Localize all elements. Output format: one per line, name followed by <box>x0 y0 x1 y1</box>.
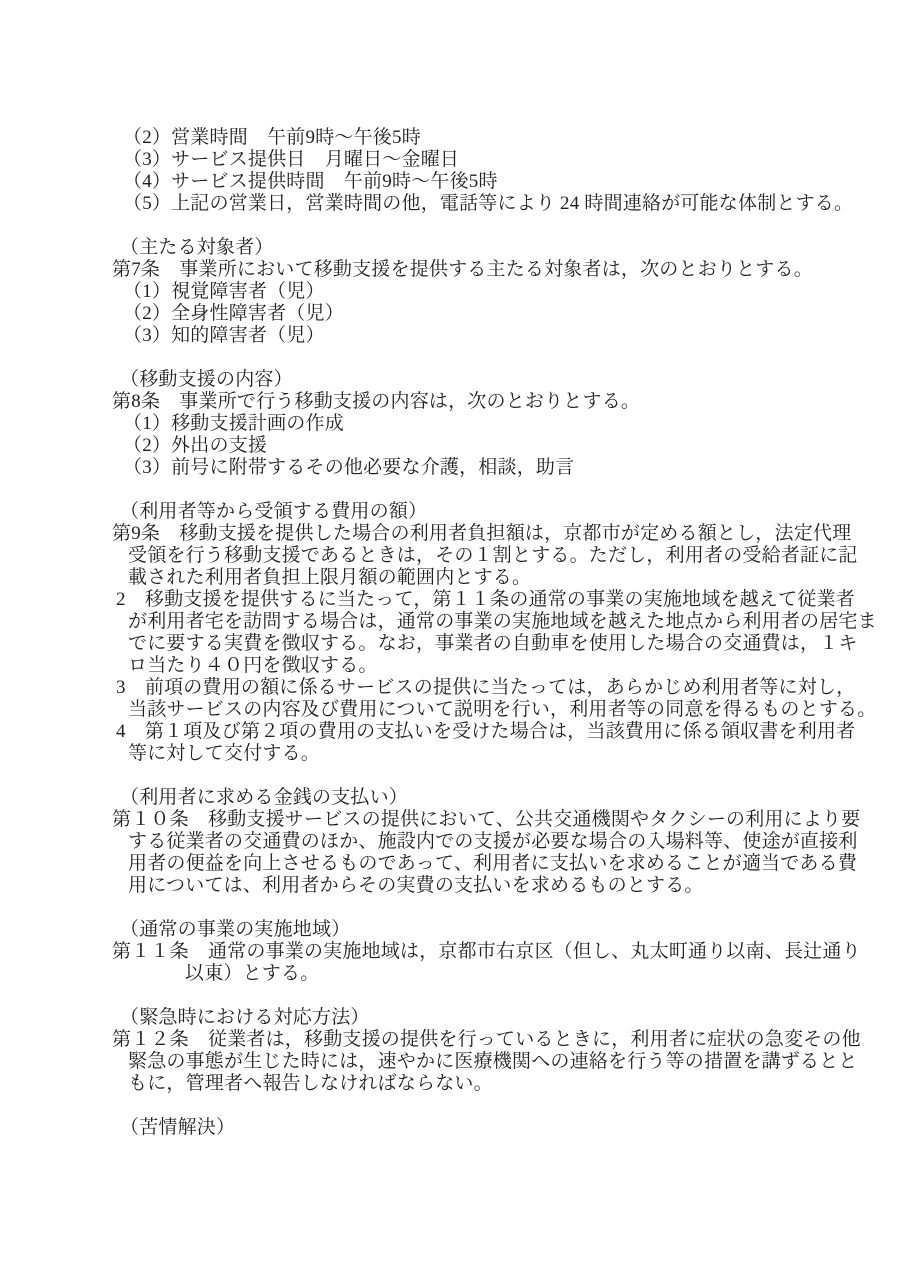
paragraph-block: （主たる対象者）第7条 事業所において移動支援を提供する主たる対象者は，次のとお… <box>112 237 852 347</box>
item-line: （2）全身性障害者（児） <box>112 303 852 325</box>
paragraph-block: （通常の事業の実施地域）第１１条 通常の事業の実施地域は，京都市右京区（但し、丸… <box>112 919 852 985</box>
heading-line: （苦情解決） <box>112 1117 852 1139</box>
item-line: （2）営業時間 午前9時～午後5時 <box>112 127 852 149</box>
article-line: 第7条 事業所において移動支援を提供する主たる対象者は，次のとおりとする。 <box>112 259 852 281</box>
article-line: 第１０条 移動支援サービスの提供において、公共交通機関やタクシーの利用により要 <box>112 809 852 831</box>
cont-line: 載された利用者負担上限月額の範囲内とする。 <box>112 567 852 589</box>
cont-line: 緊急の事態が生じた時には，速やかに医療機関への連絡を行う等の措置を講ずるとと <box>112 1051 852 1073</box>
article-line: 第8条 事業所で行う移動支援の内容は，次のとおりとする。 <box>112 391 852 413</box>
cont-line: 等に対して交付する。 <box>112 743 852 765</box>
article-line: 第１２条 従業者は，移動支援の提供を行っているときに，利用者に症状の急変その他 <box>112 1029 852 1051</box>
item-line: （5）上記の営業日，営業時間の他，電話等により 24 時間連絡が可能な体制とする… <box>112 193 852 215</box>
cont-deep-line: 以東）とする。 <box>112 963 852 985</box>
paragraph-block: （2）営業時間 午前9時～午後5時（3）サービス提供日 月曜日～金曜日（4）サー… <box>112 127 852 215</box>
cont-line: ロ当たり４０円を徴収する。 <box>112 655 852 677</box>
cont-line: でに要する実費を徴収する。なお，事業者の自動車を使用した場合の交通費は，１キ <box>112 633 852 655</box>
paragraph-block: （利用者に求める金銭の支払い）第１０条 移動支援サービスの提供において、公共交通… <box>112 787 852 897</box>
para-line: 2 移動支援を提供するに当たって，第１１条の通常の事業の実施地域を越えて従業者 <box>112 589 852 611</box>
article-line: 第9条 移動支援を提供した場合の利用者負担額は，京都市が定める額とし，法定代理 <box>112 523 852 545</box>
cont-line: 用者の便益を向上させるものであって、利用者に支払いを求めることが適当である費 <box>112 853 852 875</box>
cont-line: 受領を行う移動支援であるときは，その１割とする。ただし，利用者の受給者証に記 <box>112 545 852 567</box>
cont-line: 用については、利用者からその実費の支払いを求めるものとする。 <box>112 875 852 897</box>
paragraph-block: （移動支援の内容）第8条 事業所で行う移動支援の内容は，次のとおりとする。（1）… <box>112 369 852 479</box>
paragraph-block: （緊急時における対応方法）第１２条 従業者は，移動支援の提供を行っているときに，… <box>112 1007 852 1095</box>
cont-line: 当該サービスの内容及び費用について説明を行い，利用者等の同意を得るものとする。 <box>112 699 852 721</box>
heading-line: （利用者等から受領する費用の額） <box>112 501 852 523</box>
cont-line: する従業者の交通費のほか、施設内での支援が必要な場合の入場料等、使途が直接利 <box>112 831 852 853</box>
article-line: 第１１条 通常の事業の実施地域は，京都市右京区（但し、丸太町通り以南、長辻通り <box>112 941 852 963</box>
heading-line: （移動支援の内容） <box>112 369 852 391</box>
item-line: （3）サービス提供日 月曜日～金曜日 <box>112 149 852 171</box>
document-page: （2）営業時間 午前9時～午後5時（3）サービス提供日 月曜日～金曜日（4）サー… <box>112 127 852 1139</box>
item-line: （1）移動支援計画の作成 <box>112 413 852 435</box>
item-line: （3）前号に附帯するその他必要な介護，相談，助言 <box>112 457 852 479</box>
item-line: （3）知的障害者（児） <box>112 325 852 347</box>
heading-line: （緊急時における対応方法） <box>112 1007 852 1029</box>
heading-line: （主たる対象者） <box>112 237 852 259</box>
para-line: 3 前項の費用の額に係るサービスの提供に当たっては，あらかじめ利用者等に対し， <box>112 677 852 699</box>
item-line: （1）視覚障害者（児） <box>112 281 852 303</box>
paragraph-block: （苦情解決） <box>112 1117 852 1139</box>
cont-line: もに，管理者へ報告しなければならない。 <box>112 1073 852 1095</box>
cont-line: が利用者宅を訪問する場合は，通常の事業の実施地域を越えた地点から利用者の居宅ま <box>112 611 852 633</box>
heading-line: （通常の事業の実施地域） <box>112 919 852 941</box>
paragraph-block: （利用者等から受領する費用の額）第9条 移動支援を提供した場合の利用者負担額は，… <box>112 501 852 765</box>
item-line: （4）サービス提供時間 午前9時～午後5時 <box>112 171 852 193</box>
heading-line: （利用者に求める金銭の支払い） <box>112 787 852 809</box>
para-line: 4 第１項及び第２項の費用の支払いを受けた場合は，当該費用に係る領収書を利用者 <box>112 721 852 743</box>
item-line: （2）外出の支援 <box>112 435 852 457</box>
